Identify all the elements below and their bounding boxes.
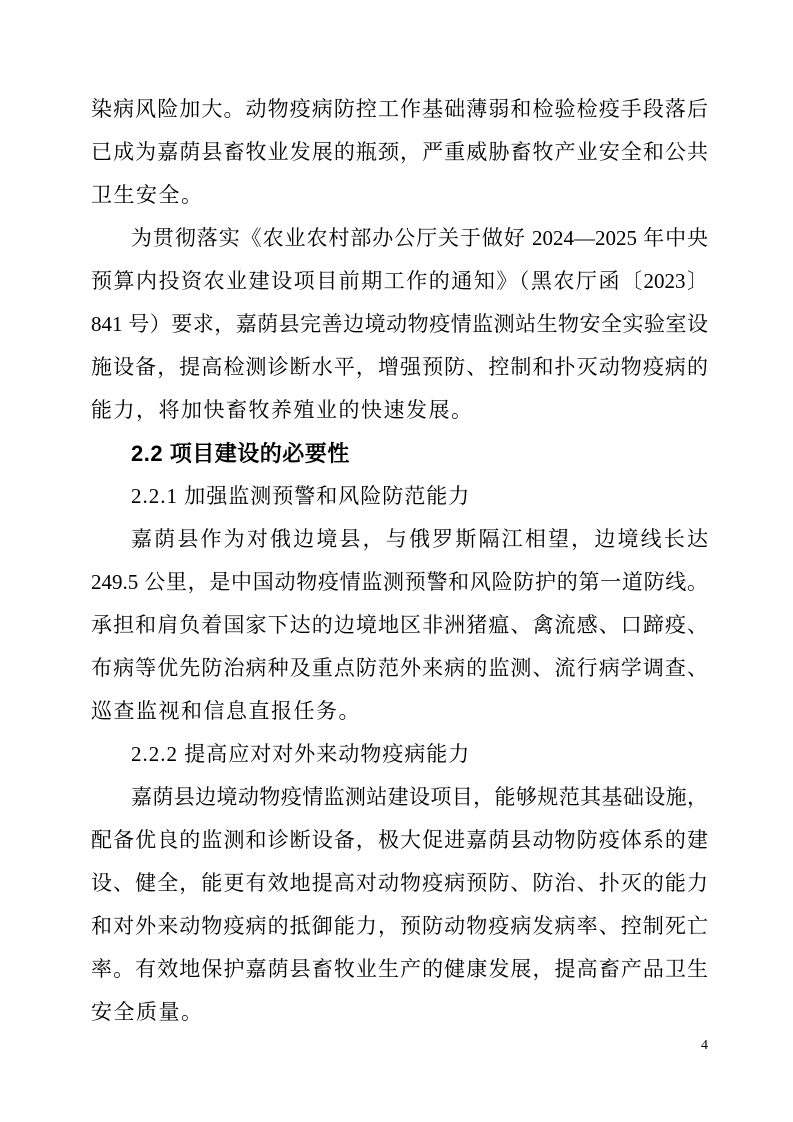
text-line: 安全质量。 [91, 991, 708, 1034]
document-page: 染病风险加大。动物疫病防控工作基础薄弱和检验检疫手段落后 已成为嘉荫县畜牧业发展… [0, 0, 793, 1122]
text-line: 卫生安全。 [91, 174, 708, 217]
text-line: 为贯彻落实《农业农村部办公厅关于做好 2024—2025 年中央 [91, 217, 708, 260]
page-number: 4 [0, 1036, 708, 1056]
text-line: 布病等优先防治病种及重点防范外来病的监测、流行病学调查、 [91, 647, 708, 690]
text-line: 能力，将加快畜牧养殖业的快速发展。 [91, 389, 708, 432]
text-line: 施设备，提高检测诊断水平，增强预防、控制和扑灭动物疫病的 [91, 346, 708, 389]
text-line: 巡查监视和信息直报任务。 [91, 690, 708, 733]
text-line: 841 号）要求，嘉荫县完善边境动物疫情监测站生物安全实验室设 [91, 303, 708, 346]
document-body: 染病风险加大。动物疫病防控工作基础薄弱和检验检疫手段落后 已成为嘉荫县畜牧业发展… [91, 88, 708, 1034]
text-line: 已成为嘉荫县畜牧业发展的瓶颈，严重威胁畜牧产业安全和公共 [91, 131, 708, 174]
text-line: 承担和肩负着国家下达的边境地区非洲猪瘟、禽流感、口蹄疫、 [91, 604, 708, 647]
text-line: 预算内投资农业建设项目前期工作的通知》（黑农厅函〔2023〕 [91, 260, 708, 303]
text-line: 249.5 公里，是中国动物疫情监测预警和风险防护的第一道防线。 [91, 561, 708, 604]
text-line: 设、健全，能更有效地提高对动物疫病预防、防治、扑灭的能力 [91, 862, 708, 905]
text-line: 率。有效地保护嘉荫县畜牧业生产的健康发展，提高畜产品卫生 [91, 948, 708, 991]
text-line: 配备优良的监测和诊断设备，极大促进嘉荫县动物防疫体系的建 [91, 819, 708, 862]
subsection-heading: 2.2.1 加强监测预警和风险防范能力 [91, 475, 708, 518]
section-heading: 2.2 项目建设的必要性 [91, 432, 708, 475]
text-line: 染病风险加大。动物疫病防控工作基础薄弱和检验检疫手段落后 [91, 88, 708, 131]
text-line: 嘉荫县边境动物疫情监测站建设项目，能够规范其基础设施， [91, 776, 708, 819]
text-line: 嘉荫县作为对俄边境县，与俄罗斯隔江相望，边境线长达 [91, 518, 708, 561]
subsection-heading: 2.2.2 提高应对对外来动物疫病能力 [91, 733, 708, 776]
text-line: 和对外来动物疫病的抵御能力，预防动物疫病发病率、控制死亡 [91, 905, 708, 948]
